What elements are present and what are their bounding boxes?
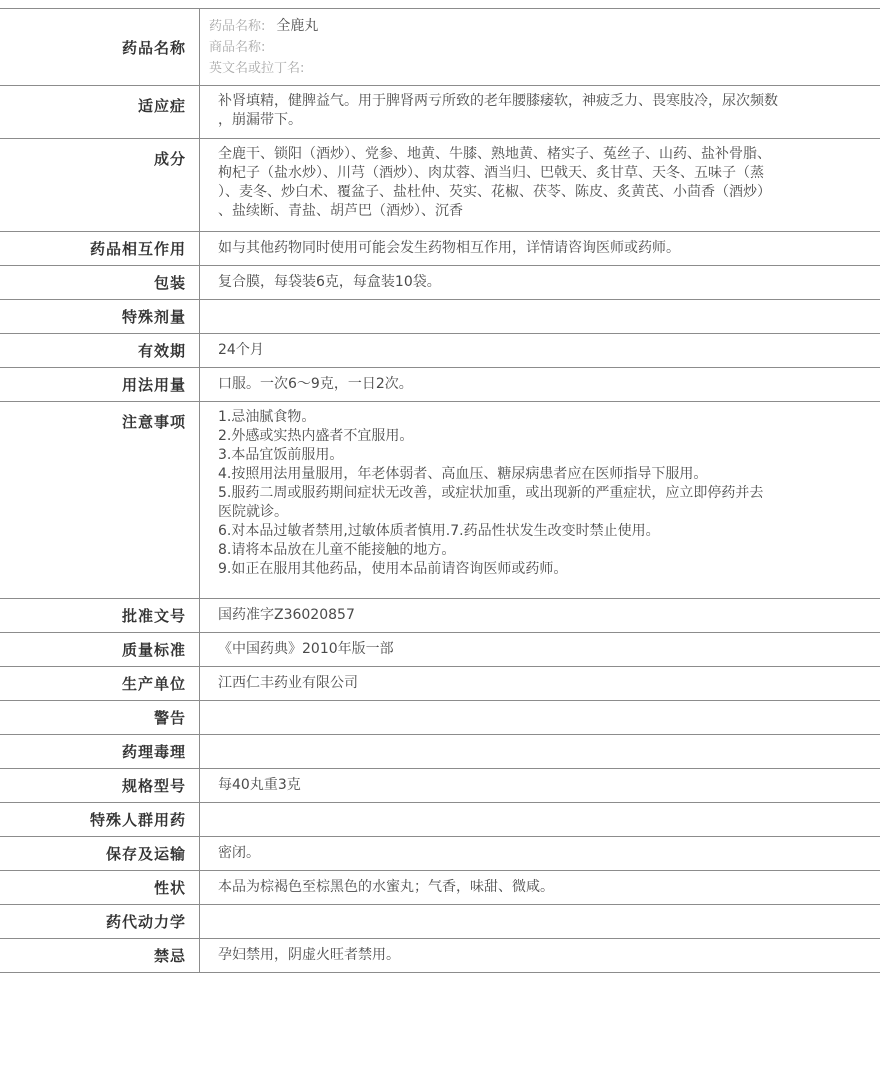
row-value: 1.忌油腻食物。 2.外感或实热内盛者不宜服用。 3.本品宜饭前服用。 4.按照…: [200, 402, 880, 598]
interactions-text: 如与其他药物同时使用可能会发生药物相互作用，详情请咨询医师或药师。: [218, 239, 850, 258]
packaging-text: 复合膜，每袋装6克，每盒装10袋。: [218, 273, 850, 292]
row-packaging: 包装 复合膜，每袋装6克，每盒装10袋。: [0, 266, 880, 300]
row-value: [200, 701, 880, 734]
row-value: [200, 300, 880, 333]
trade-name-key: 商品名称:: [209, 40, 265, 55]
row-shelf-life: 有效期 24个月: [0, 334, 880, 368]
row-value: 《中国药典》2010年版一部: [200, 633, 880, 666]
row-value: 药品名称:全鹿丸 商品名称: 英文名或拉丁名:: [200, 9, 880, 85]
row-value: 24个月: [200, 334, 880, 367]
ingredients-text: 全鹿干、锁阳（酒炒）、党参、地黄、牛膝、熟地黄、楮实子、菟丝子、山药、盐补骨脂、…: [218, 145, 850, 221]
row-label: 包装: [0, 266, 200, 299]
row-ingredients: 成分 全鹿干、锁阳（酒炒）、党参、地黄、牛膝、熟地黄、楮实子、菟丝子、山药、盐补…: [0, 139, 880, 232]
latin-name-line: 英文名或拉丁名:: [209, 58, 850, 79]
row-label: 药理毒理: [0, 735, 200, 768]
precautions-text: 1.忌油腻食物。 2.外感或实热内盛者不宜服用。 3.本品宜饭前服用。 4.按照…: [218, 408, 850, 579]
row-label: 药品相互作用: [0, 232, 200, 265]
row-value: 国药准字Z36020857: [200, 599, 880, 632]
row-drug-name: 药品名称 药品名称:全鹿丸 商品名称: 英文名或拉丁名:: [0, 9, 880, 86]
row-label: 药品名称: [0, 9, 200, 85]
quality-standard-text: 《中国药典》2010年版一部: [218, 640, 850, 659]
contraindications-text: 孕妇禁用，阴虚火旺者禁用。: [218, 946, 850, 965]
row-label: 特殊人群用药: [0, 803, 200, 836]
trade-name-line: 商品名称:: [209, 37, 850, 58]
row-value: [200, 803, 880, 836]
shelf-life-text: 24个月: [218, 341, 850, 360]
row-value: 如与其他药物同时使用可能会发生药物相互作用，详情请咨询医师或药师。: [200, 232, 880, 265]
row-value: 补肾填精，健脾益气。用于脾肾两亏所致的老年腰膝痿软，神疲乏力、畏寒肢冷，尿次频数…: [200, 86, 880, 138]
row-manufacturer: 生产单位 江西仁丰药业有限公司: [0, 667, 880, 701]
row-value: 复合膜，每袋装6克，每盒装10袋。: [200, 266, 880, 299]
row-pharmacokinetics: 药代动力学: [0, 905, 880, 939]
drug-name-value: 全鹿丸: [276, 18, 318, 34]
row-special-dosage: 特殊剂量: [0, 300, 880, 334]
row-indications: 适应症 补肾填精，健脾益气。用于脾肾两亏所致的老年腰膝痿软，神疲乏力、畏寒肢冷，…: [0, 86, 880, 139]
row-label: 注意事项: [0, 402, 200, 598]
row-label: 保存及运输: [0, 837, 200, 870]
row-label: 适应症: [0, 86, 200, 138]
row-value: [200, 905, 880, 938]
drug-name-key: 药品名称:: [209, 19, 265, 34]
row-value: 全鹿干、锁阳（酒炒）、党参、地黄、牛膝、熟地黄、楮实子、菟丝子、山药、盐补骨脂、…: [200, 139, 880, 231]
row-label: 特殊剂量: [0, 300, 200, 333]
row-label: 批准文号: [0, 599, 200, 632]
row-pharmacology-toxicology: 药理毒理: [0, 735, 880, 769]
storage-transport-text: 密闭。: [218, 844, 850, 863]
row-value: 口服。一次6～9克，一日2次。: [200, 368, 880, 401]
manufacturer-text: 江西仁丰药业有限公司: [218, 674, 850, 693]
row-special-populations: 特殊人群用药: [0, 803, 880, 837]
row-label: 禁忌: [0, 939, 200, 972]
row-label: 性状: [0, 871, 200, 904]
row-label: 警告: [0, 701, 200, 734]
row-value: 江西仁丰药业有限公司: [200, 667, 880, 700]
row-value: 每40丸重3克: [200, 769, 880, 802]
row-value: 密闭。: [200, 837, 880, 870]
row-approval-number: 批准文号 国药准字Z36020857: [0, 599, 880, 633]
properties-text: 本品为棕褐色至棕黑色的水蜜丸；气香，味甜、微咸。: [218, 878, 850, 897]
specification-text: 每40丸重3克: [218, 776, 850, 795]
row-contraindications: 禁忌 孕妇禁用，阴虚火旺者禁用。: [0, 939, 880, 973]
row-quality-standard: 质量标准 《中国药典》2010年版一部: [0, 633, 880, 667]
indications-text: 补肾填精，健脾益气。用于脾肾两亏所致的老年腰膝痿软，神疲乏力、畏寒肢冷，尿次频数…: [218, 92, 850, 130]
latin-name-key: 英文名或拉丁名:: [209, 61, 304, 76]
drug-info-table: 药品名称 药品名称:全鹿丸 商品名称: 英文名或拉丁名: 适应症 补肾填精，健脾…: [0, 8, 880, 973]
row-precautions: 注意事项 1.忌油腻食物。 2.外感或实热内盛者不宜服用。 3.本品宜饭前服用。…: [0, 402, 880, 599]
row-warning: 警告: [0, 701, 880, 735]
row-specification: 规格型号 每40丸重3克: [0, 769, 880, 803]
row-properties: 性状 本品为棕褐色至棕黑色的水蜜丸；气香，味甜、微咸。: [0, 871, 880, 905]
dosage-usage-text: 口服。一次6～9克，一日2次。: [218, 375, 850, 394]
row-label: 质量标准: [0, 633, 200, 666]
approval-number-text: 国药准字Z36020857: [218, 606, 850, 625]
row-value: 本品为棕褐色至棕黑色的水蜜丸；气香，味甜、微咸。: [200, 871, 880, 904]
row-label: 规格型号: [0, 769, 200, 802]
row-label: 药代动力学: [0, 905, 200, 938]
row-label: 用法用量: [0, 368, 200, 401]
row-storage-transport: 保存及运输 密闭。: [0, 837, 880, 871]
row-value: 孕妇禁用，阴虚火旺者禁用。: [200, 939, 880, 972]
row-label: 生产单位: [0, 667, 200, 700]
row-interactions: 药品相互作用 如与其他药物同时使用可能会发生药物相互作用，详情请咨询医师或药师。: [0, 232, 880, 266]
row-value: [200, 735, 880, 768]
drug-name-line: 药品名称:全鹿丸: [209, 16, 850, 37]
row-label: 有效期: [0, 334, 200, 367]
row-dosage-usage: 用法用量 口服。一次6～9克，一日2次。: [0, 368, 880, 402]
row-label: 成分: [0, 139, 200, 231]
